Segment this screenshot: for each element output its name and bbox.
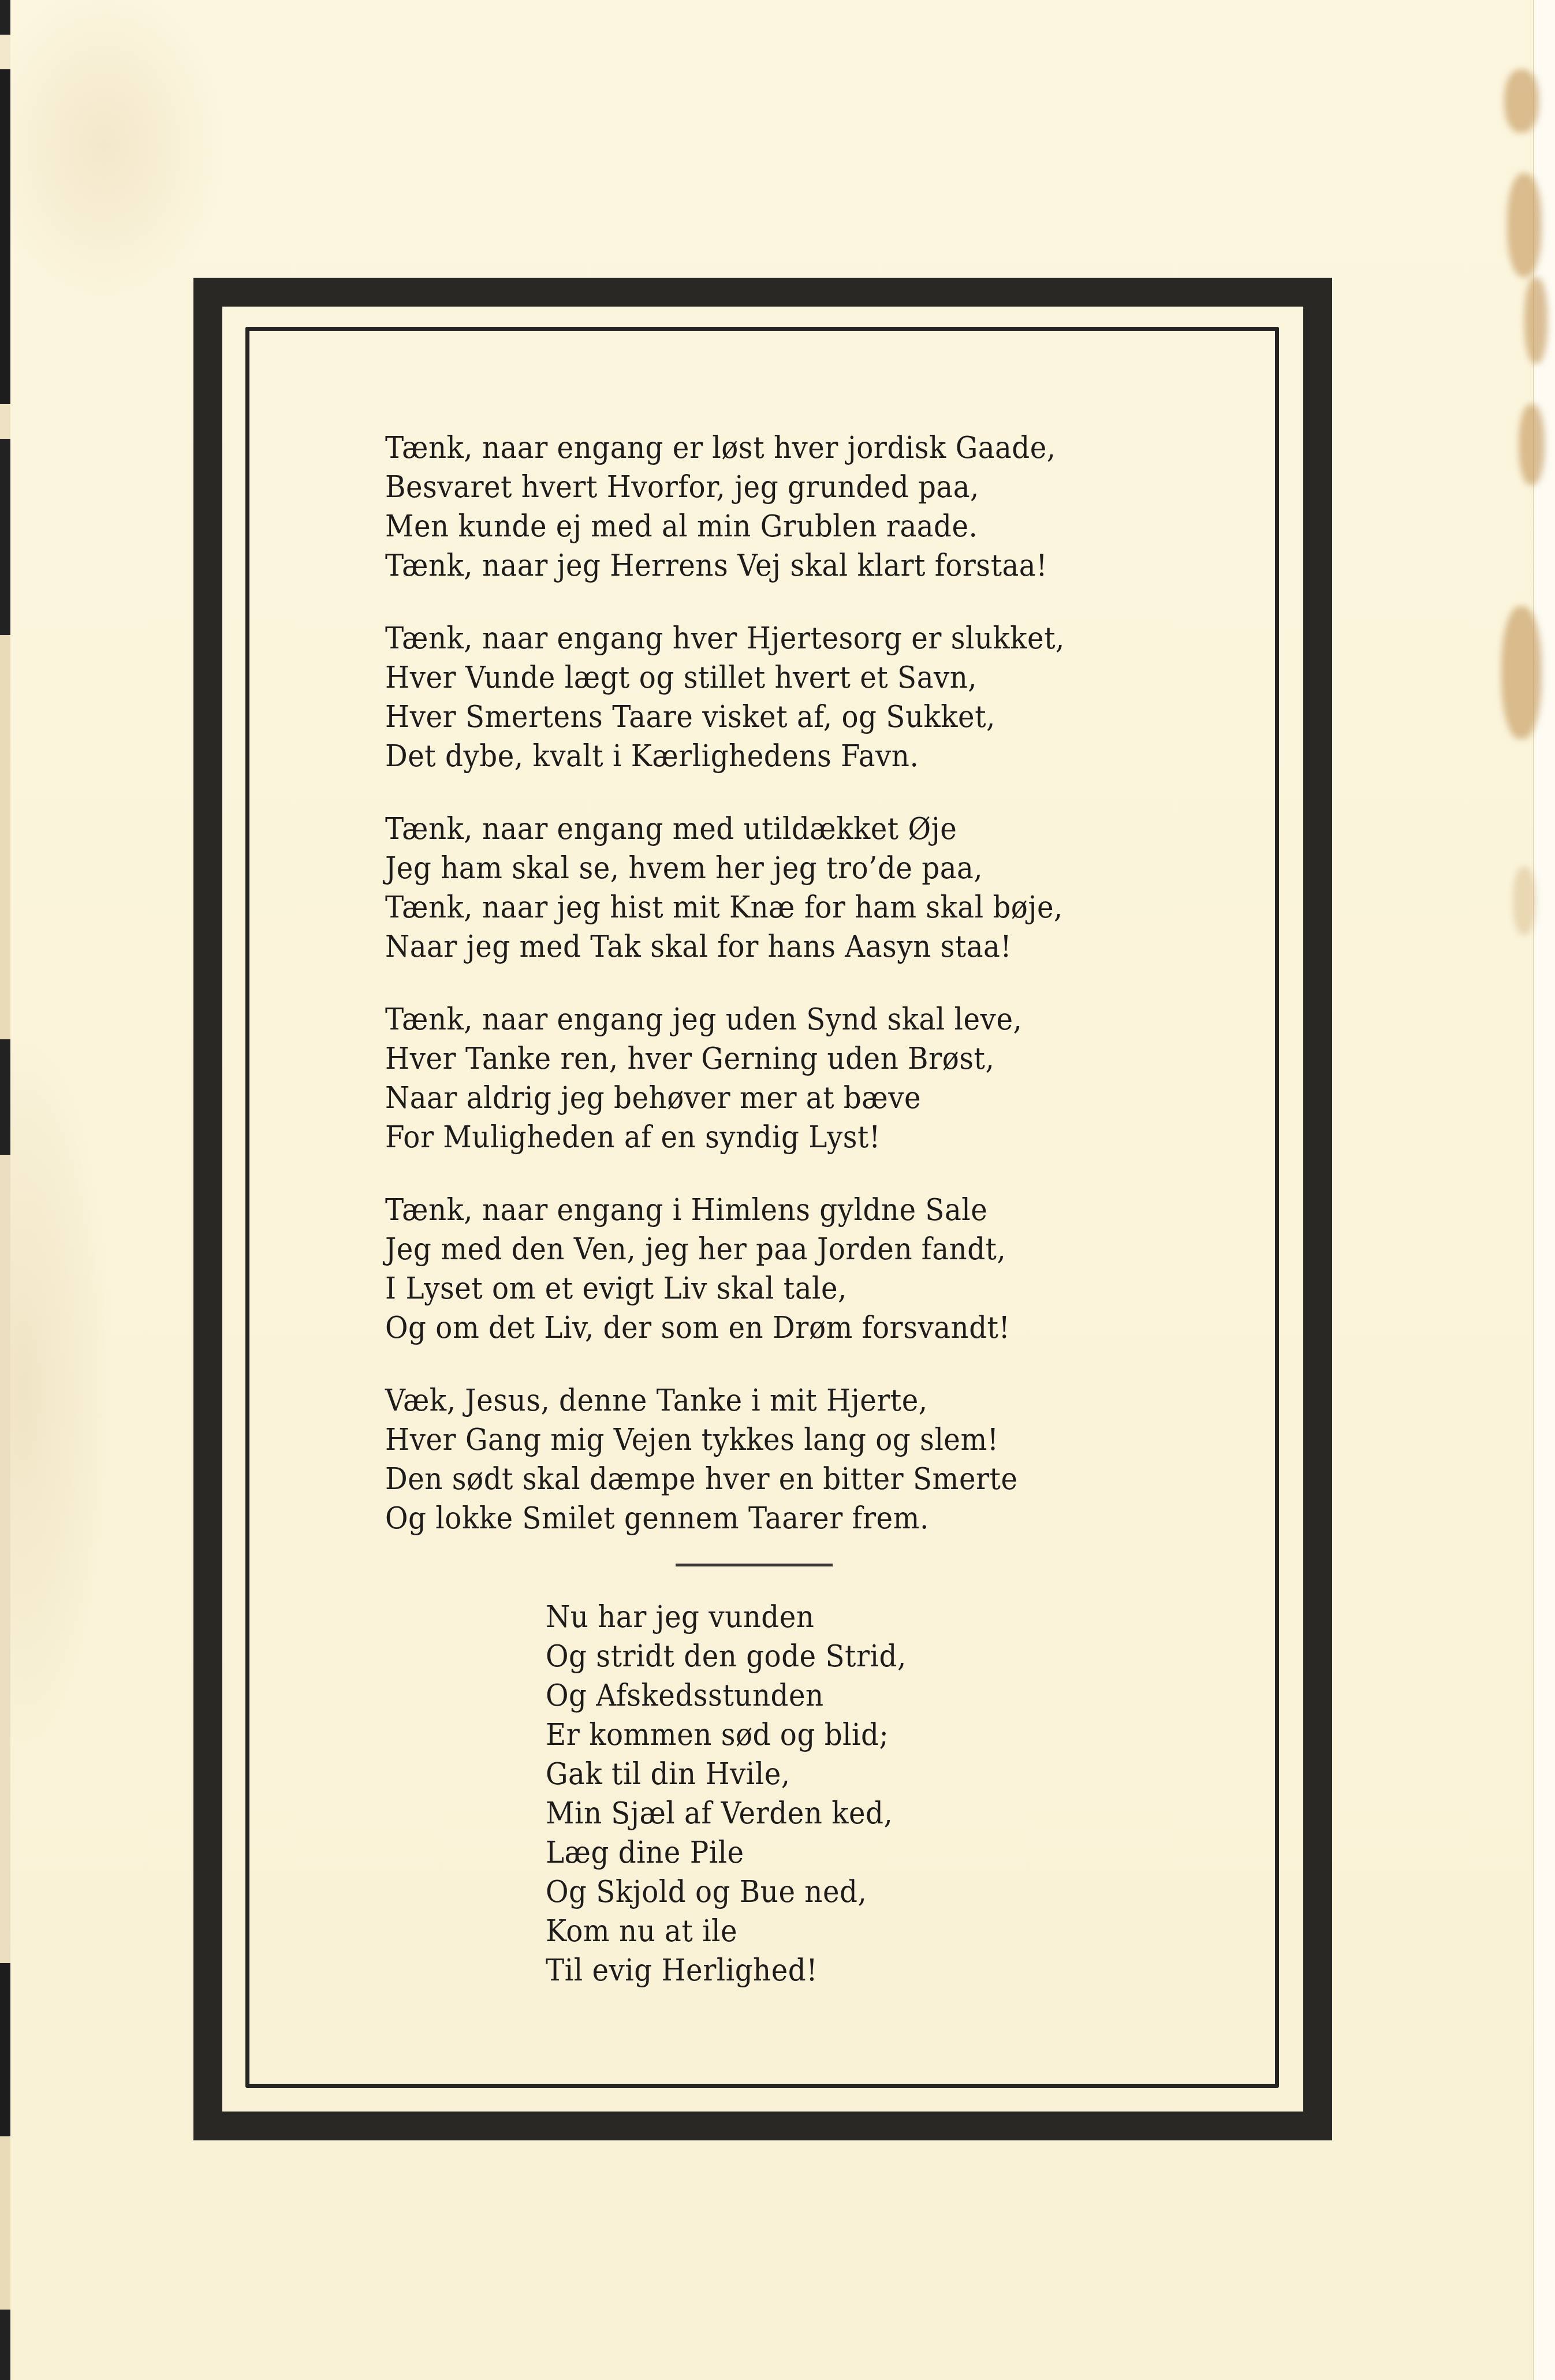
poem-line: Tænk, naar engang med utildækket Øje: [385, 810, 1063, 849]
poem-line: Tænk, naar engang er løst hver jordisk G…: [385, 428, 1056, 468]
closing-line: Kom nu at ile: [546, 1912, 907, 1951]
torn-left-edge: [0, 0, 10, 2380]
poem-line: Og lokke Smilet gennem Taarer frem.: [385, 1499, 1018, 1538]
poem-line: Væk, Jesus, denne Tanke i mit Hjerte,: [385, 1381, 1018, 1420]
stanza-1: Tænk, naar engang er løst hver jordisk G…: [385, 428, 1106, 585]
water-stain: [1513, 866, 1536, 935]
poem-line: Tænk, naar engang jeg uden Synd skal lev…: [385, 1000, 1022, 1039]
poem-line: Jeg ham skal se, hvem her jeg tro’de paa…: [385, 849, 1063, 888]
closing-line: Læg dine Pile: [546, 1833, 907, 1872]
closing-line: Til evig Herlighed!: [546, 1951, 907, 1990]
poem-line: Tænk, naar engang i Himlens gyldne Sale: [385, 1191, 1010, 1230]
poem-line: Tænk, naar jeg hist mit Knæ for ham skal…: [385, 888, 1063, 927]
closing-line: Er kommen sød og blid;: [546, 1715, 907, 1755]
poem-line: Hver Tanke ren, hver Gerning uden Brøst,: [385, 1039, 1022, 1079]
poem-line: I Lyset om et evigt Liv skal tale,: [385, 1269, 1010, 1308]
poem-line: Og om det Liv, der som en Drøm forsvandt…: [385, 1308, 1010, 1348]
stanza-4: Tænk, naar engang jeg uden Synd skal lev…: [385, 1000, 1070, 1157]
water-stain: [1501, 606, 1542, 739]
section-divider-rule: [676, 1564, 833, 1566]
stanza-5: Tænk, naar engang i Himlens gyldne Sale …: [385, 1191, 1057, 1348]
closing-line: Gak til din Hvile,: [546, 1755, 907, 1794]
poem-line: Hver Smertens Taare visket af, og Sukket…: [385, 697, 1065, 737]
water-stain: [1524, 277, 1547, 364]
poem-line: Tænk, naar engang hver Hjertesorg er slu…: [385, 619, 1065, 658]
poem-line: Naar jeg med Tak skal for hans Aasyn sta…: [385, 927, 1063, 967]
poem-line: Men kunde ej med al min Grublen raade.: [385, 507, 1056, 546]
closing-line: Min Sjæl af Verden ked,: [546, 1794, 907, 1833]
poem-line: Hver Vunde lægt og stillet hvert et Savn…: [385, 658, 1065, 697]
closing-line: Og Skjold og Bue ned,: [546, 1872, 907, 1912]
poem-line: Besvaret hvert Hvorfor, jeg grunded paa,: [385, 468, 1056, 507]
poem-line: For Muligheden af en syndig Lyst!: [385, 1118, 1022, 1157]
closing-verse: Nu har jeg vunden Og stridt den gode Str…: [546, 1598, 934, 1990]
poem-line: Den sødt skal dæmpe hver en bitter Smert…: [385, 1460, 1018, 1499]
poem-line: Jeg med den Ven, jeg her paa Jorden fand…: [385, 1230, 1010, 1269]
poem-line: Det dybe, kvalt i Kærlighedens Favn.: [385, 737, 1065, 776]
water-stain: [1519, 404, 1545, 485]
poem-line: Tænk, naar jeg Herrens Vej skal klart fo…: [385, 546, 1056, 585]
stanza-2: Tænk, naar engang hver Hjertesorg er slu…: [385, 619, 1116, 776]
water-stain: [1507, 173, 1542, 277]
poem-line: Naar aldrig jeg behøver mer at bæve: [385, 1079, 1022, 1118]
closing-line: Og stridt den gode Strid,: [546, 1637, 907, 1676]
poem-line: Hver Gang mig Vejen tykkes lang og slem!: [385, 1420, 1018, 1460]
stanza-6: Væk, Jesus, denne Tanke i mit Hjerte, Hv…: [385, 1381, 1065, 1538]
water-stain: [1504, 69, 1539, 133]
closing-line: Nu har jeg vunden: [546, 1598, 907, 1637]
stanza-3: Tænk, naar engang med utildækket Øje Jeg…: [385, 810, 1114, 967]
closing-line: Og Afskedsstunden: [546, 1676, 907, 1715]
